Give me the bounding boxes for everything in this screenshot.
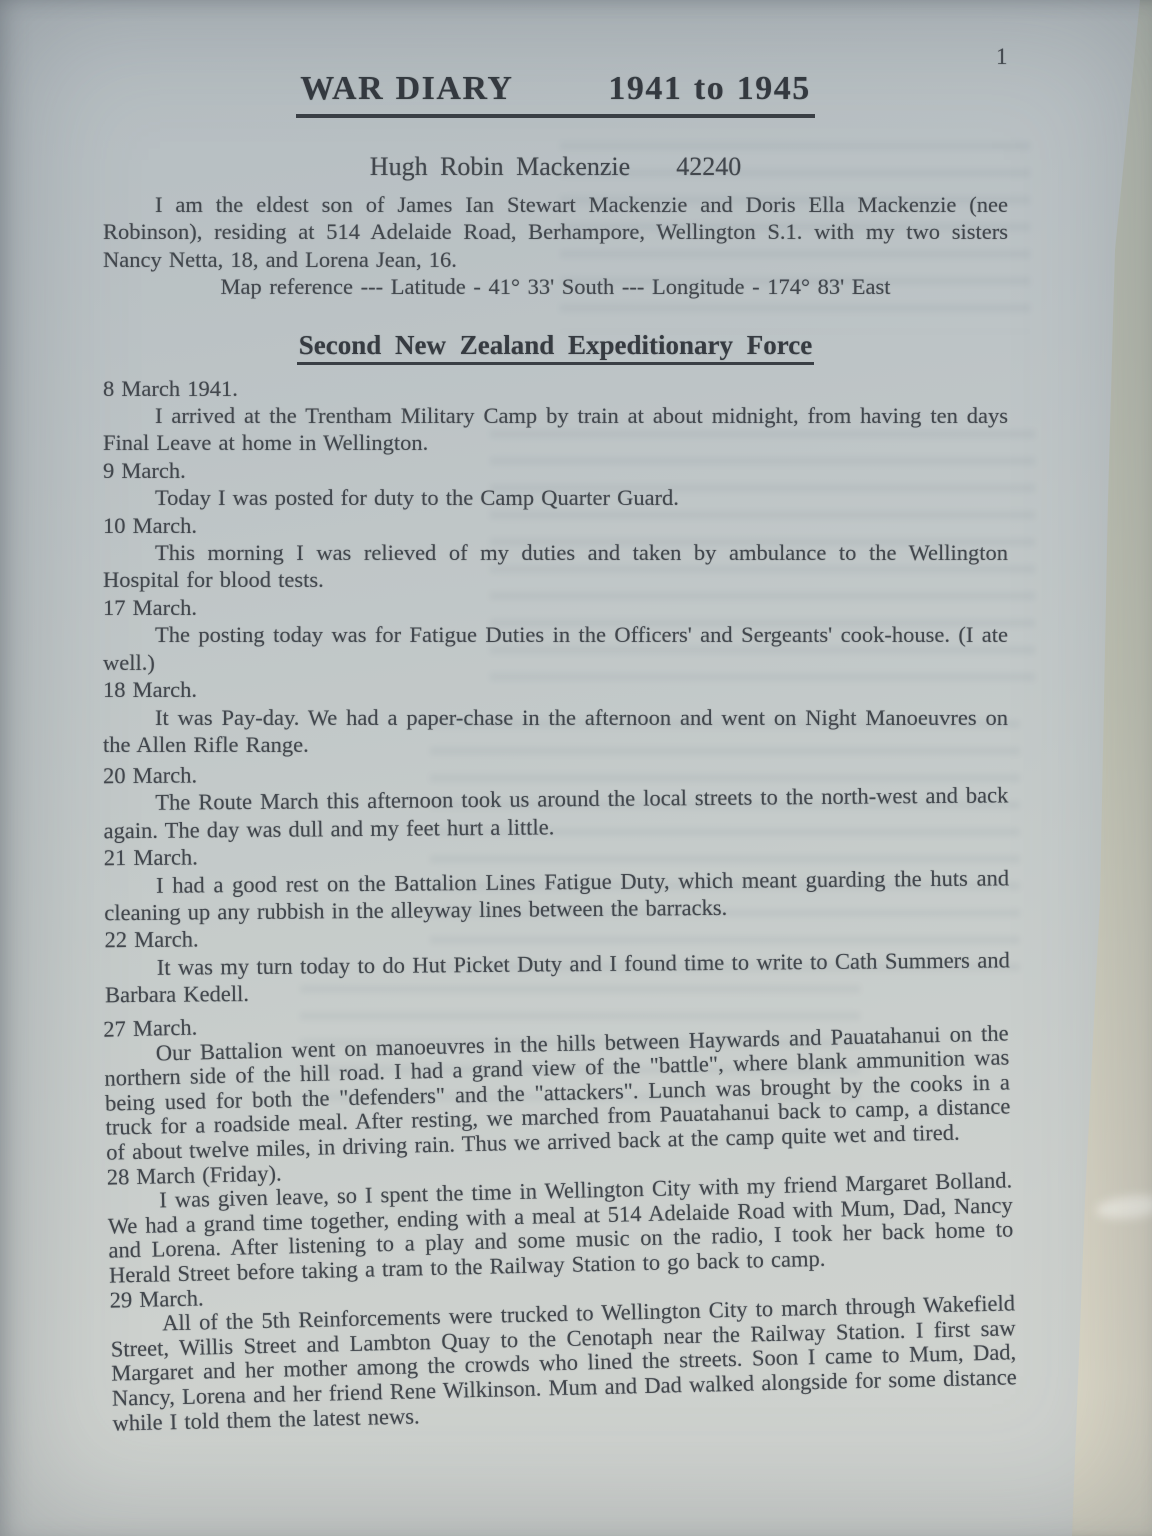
author-line: Hugh Robin Mackenzie42240 (103, 152, 1008, 182)
entry-text: This morning I was relieved of my duties… (103, 539, 1008, 594)
document-title-underlined: WAR DIARY1941 to 1945 (296, 71, 814, 118)
entry-date: 10 March. (103, 512, 1008, 539)
entry-group-middle: 20 March. The Route March this afternoon… (103, 755, 1010, 1010)
diary-entry: 17 March. The posting today was for Fati… (103, 594, 1008, 676)
diary-entry: 22 March. It was my turn today to do Hut… (104, 919, 1010, 1009)
map-reference: Map reference --- Latitude - 41° 33' Sou… (103, 273, 1008, 300)
section-heading-underlined: Second New Zealand Expeditionary Force (297, 330, 815, 365)
diary-entry: 28 March (Friday). I was given leave, so… (106, 1144, 1014, 1288)
service-number: 42240 (676, 152, 741, 181)
page-number: 1 (996, 44, 1008, 70)
entry-date: 9 March. (103, 457, 1008, 484)
entry-date: 18 March. (103, 676, 1008, 703)
diary-entries: 8 March 1941. I arrived at the Trentham … (103, 375, 1008, 1435)
entry-group-upper: 8 March 1941. I arrived at the Trentham … (103, 375, 1008, 759)
entry-text: Our Battalion went on manoeuvres in the … (104, 1021, 1012, 1165)
section-heading: Second New Zealand Expeditionary Force (103, 330, 1008, 365)
entry-text: The Route March this afternoon took us a… (103, 782, 1008, 845)
title-years: 1941 to 1945 (608, 70, 810, 107)
title-text: WAR DIARY (300, 70, 513, 107)
entry-text: I had a good rest on the Battalion Lines… (104, 864, 1009, 927)
entry-date: 8 March 1941. (103, 375, 1008, 402)
diary-entry: 9 March. Today I was posted for duty to … (103, 457, 1008, 512)
diary-entry: 20 March. The Route March this afternoon… (103, 755, 1009, 845)
entry-text: I arrived at the Trentham Military Camp … (103, 402, 1008, 457)
diary-entry: 18 March. It was Pay-day. We had a paper… (103, 676, 1008, 758)
entry-text: All of the 5th Reinforcements were truck… (110, 1291, 1018, 1435)
document-title: WAR DIARY1941 to 1945 (103, 71, 1008, 118)
intro-paragraph: I am the eldest son of James Ian Stewart… (103, 191, 1008, 273)
page-content: WAR DIARY1941 to 1945 Hugh Robin Mackenz… (0, 71, 1152, 1435)
diary-entry: 27 March. Our Battalion went on manoeuvr… (103, 996, 1011, 1165)
entry-date: 17 March. (103, 594, 1008, 621)
entry-group-lower: 27 March. Our Battalion went on manoeuvr… (103, 996, 1018, 1435)
entry-text: The posting today was for Fatigue Duties… (103, 621, 1008, 676)
diary-entry: 10 March. This morning I was relieved of… (103, 512, 1008, 594)
author-name: Hugh Robin Mackenzie (370, 152, 630, 181)
diary-entry: 8 March 1941. I arrived at the Trentham … (103, 375, 1008, 457)
entry-text: Today I was posted for duty to the Camp … (103, 484, 1008, 511)
diary-entry: 21 March. I had a good rest on the Batta… (104, 837, 1010, 927)
diary-entry: 29 March. All of the 5th Reinforcements … (109, 1267, 1017, 1436)
entry-text: It was Pay-day. We had a paper-chase in … (103, 704, 1008, 759)
photographed-diary-page: 1 WAR DIARY1941 to 1945 Hugh Robin Macke… (0, 0, 1152, 1536)
